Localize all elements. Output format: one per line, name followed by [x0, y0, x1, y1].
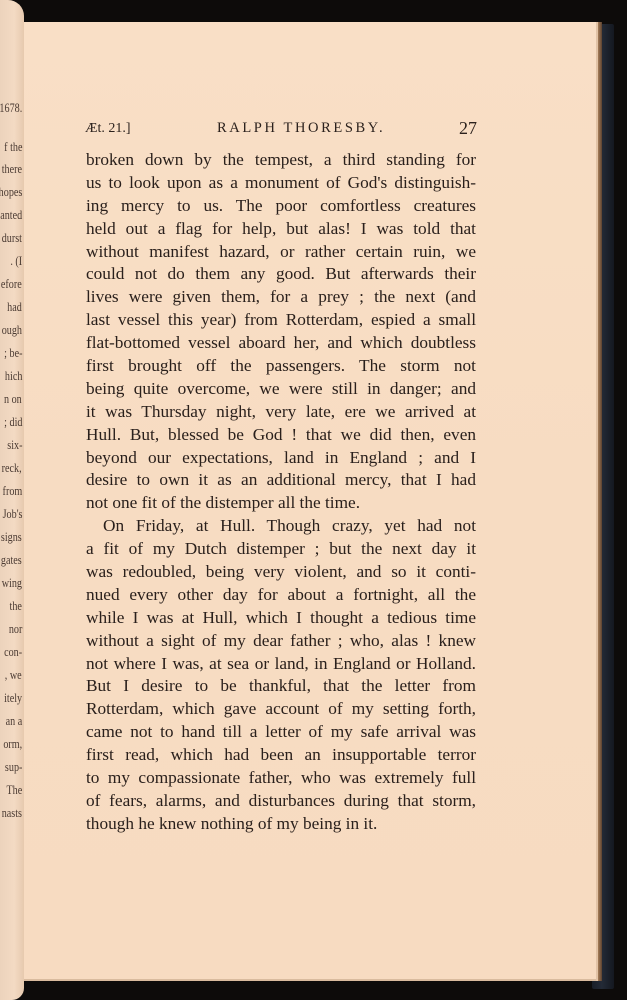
text-line: while I was at Hull, which I thought a t… — [86, 607, 476, 630]
text-line: it was Thursday night, very late, ere we… — [86, 401, 476, 424]
text-line: not where I was, at sea or land, in Engl… — [86, 653, 476, 676]
text-line: flat-bottomed vessel aboard her, and whi… — [86, 332, 476, 355]
facing-page-text-fragment: efore — [1, 276, 22, 292]
facing-page-text-fragment: an a — [5, 713, 22, 729]
facing-page-text-fragment: nor — [8, 621, 22, 637]
facing-page-text-fragment: nasts — [2, 805, 22, 821]
page-number: 27 — [459, 118, 477, 139]
facing-page-text-fragment: ough — [2, 322, 22, 338]
facing-page-text-fragment: hopes — [0, 184, 22, 200]
facing-page-text-fragment: gates — [1, 552, 22, 568]
text-line: to my compassionate father, who was extr… — [86, 767, 476, 790]
text-line: held out a flag for help, but alas! I wa… — [86, 218, 476, 241]
facing-page-text-fragment: hich — [5, 368, 22, 384]
facing-page-text-fragment: reck, — [2, 460, 22, 476]
facing-page-text-fragment: , we — [5, 667, 22, 683]
text-line: last vessel this year) from Rotterdam, e… — [86, 309, 476, 332]
facing-page-text-fragment: had — [7, 299, 22, 315]
running-head-age: Æt. 21.] — [85, 121, 131, 137]
facing-page-text-fragment: anted — [0, 207, 22, 223]
text-line: of fears, alarms, and disturbances durin… — [86, 790, 476, 813]
facing-page-text-fragment: durst — [2, 230, 22, 246]
facing-page-text-fragment: sup- — [5, 759, 22, 775]
text-line: without manifest hazard, or rather certa… — [86, 241, 476, 264]
facing-page-text-fragment: . (I — [10, 253, 22, 269]
text-line: desire to own it as an additional mercy,… — [86, 469, 476, 492]
facing-page-text-fragment: ; be- — [4, 345, 22, 361]
text-line: not one fit of the distemper all the tim… — [86, 492, 476, 515]
text-line: us to look upon as a monument of God's d… — [86, 172, 476, 195]
facing-page-text-fragment: itely — [4, 690, 22, 706]
text-line: Rotterdam, which gave account of my sett… — [86, 698, 476, 721]
facing-page-text-fragment: signs — [1, 529, 22, 545]
facing-page-text-fragment: orm, — [3, 736, 22, 752]
running-head-title: RALPH THORESBY. — [217, 120, 385, 137]
facing-page-edge: 1678.f thetherehopesanteddurst. (Ieforeh… — [0, 0, 24, 1000]
text-line: ing mercy to us. The poor comfortless cr… — [86, 195, 476, 218]
facing-page-text-fragment: from — [2, 483, 22, 499]
facing-page-text-fragment: six- — [7, 437, 22, 453]
facing-page-text-fragment: 1678. — [0, 100, 22, 116]
text-line: a fit of my Dutch distemper ; but the ne… — [86, 538, 476, 561]
facing-page-text-fragment: the — [10, 598, 22, 614]
text-line: first brought off the passengers. The st… — [86, 355, 476, 378]
text-line: though he knew nothing of my being in it… — [86, 813, 476, 836]
facing-page-text-fragment: ; did — [4, 414, 22, 430]
text-line: came not to hand till a letter of my saf… — [86, 721, 476, 744]
text-line: being quite overcome, we were still in d… — [86, 378, 476, 401]
text-line: first read, which had been an insupporta… — [86, 744, 476, 767]
facing-page-text-fragment: wing — [2, 575, 22, 591]
text-line: beyond our expectations, land in England… — [86, 447, 476, 470]
text-line: nued every other day for about a fortnig… — [86, 584, 476, 607]
running-head: Æt. 21.] RALPH THORESBY. 27 — [85, 118, 477, 138]
facing-page-text-fragment: Job's — [2, 506, 22, 522]
facing-page-text-fragment: con- — [4, 644, 22, 660]
facing-page-text-fragment: The — [6, 782, 22, 798]
text-line: But I desire to be thankful, that the le… — [86, 675, 476, 698]
text-line: was redoubled, being very violent, and s… — [86, 561, 476, 584]
text-line: could not do them any good. But afterwar… — [86, 263, 476, 286]
paragraph-start-line: On Friday, at Hull. Though crazy, yet ha… — [86, 515, 476, 538]
facing-page-text-fragment: n on — [4, 391, 22, 407]
text-line: lives were given them, for a prey ; the … — [86, 286, 476, 309]
facing-page-text-fragment: there — [2, 161, 22, 177]
body-text: broken down by the tempest, a third stan… — [86, 149, 476, 836]
text-line: broken down by the tempest, a third stan… — [86, 149, 476, 172]
text-line: without a sight of my dear father ; who,… — [86, 630, 476, 653]
text-line: Hull. But, blessed be God ! that we did … — [86, 424, 476, 447]
facing-page-text-fragment: f the — [4, 139, 22, 155]
